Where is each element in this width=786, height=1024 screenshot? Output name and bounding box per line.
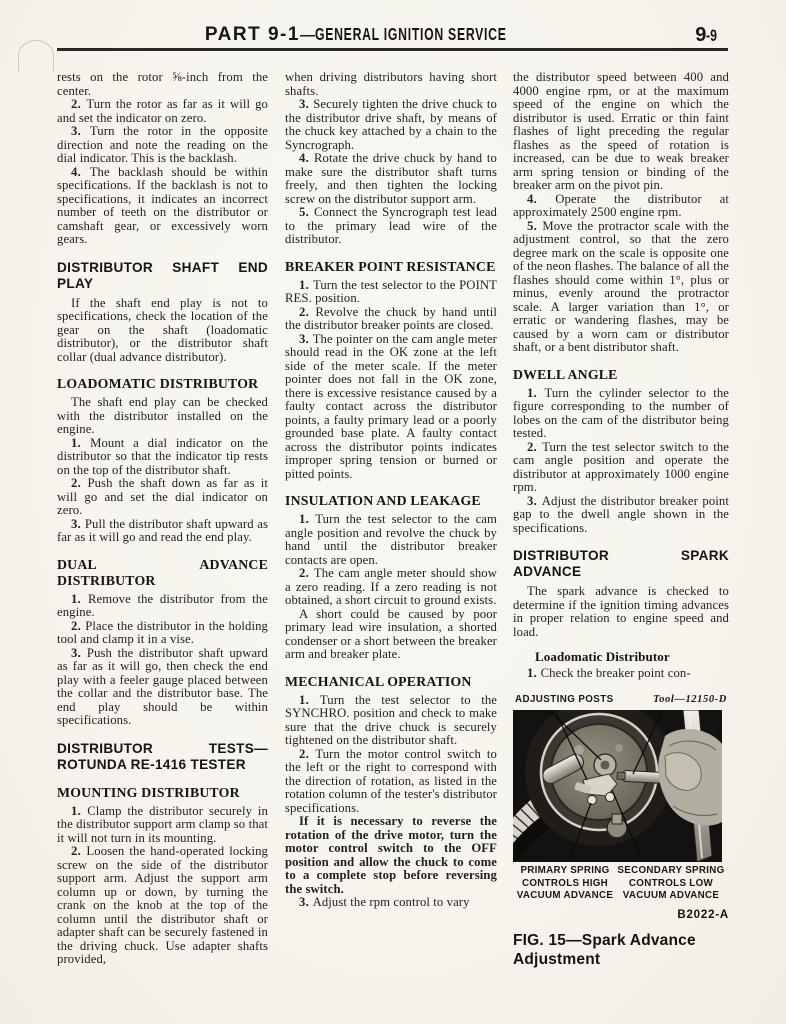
step-number: 3. [299,97,313,111]
numbered-step: 2. Turn the motor control switch to the … [285,748,497,816]
numbered-step: 1. Turn the test selector to the SYNCHRO… [285,694,497,748]
manual-page: { "header": { "part_label": "PART 9-1", … [0,0,786,1024]
tool-number-label: Tool—12150-D [653,694,727,705]
step-number: 2. [299,747,315,761]
numbered-step: 1. Remove the distributor from the engin… [57,593,268,620]
step-number: 1. [71,804,87,818]
numbered-step: 3. Pull the distributor shaft upward as … [57,518,268,545]
distributor-photo-illustration [513,710,722,862]
figure-top-labels: ADJUSTING POSTS Tool—12150-D [513,694,729,708]
numbered-step: 3. The pointer on the cam angle meter sh… [285,333,497,482]
figure-caption: FIG. 15—Spark Advance Adjustment [513,931,729,969]
step-number: 1. [527,386,544,400]
numbered-step: 3. Securely tighten the drive chuck to t… [285,98,497,152]
sub-heading: MECHANICAL OPERATION [285,674,497,690]
step-number: 1. [299,512,315,526]
paragraph: The spark advance is checked to determin… [513,585,729,639]
paragraph: rests on the rotor ⅝-inch from the cente… [57,71,268,98]
paragraph: The shaft end play can be checked with t… [57,396,268,437]
numbered-step: 1. Clamp the distributor securely in the… [57,805,268,846]
header-dash: — [300,27,315,44]
step-number: 2. [71,476,87,490]
step-number: 4. [71,165,90,179]
step-number: 2. [299,305,315,319]
numbered-step: 1. Turn the test selector to the POINT R… [285,279,497,306]
numbered-step: 5. Connect the Syncrograph test lead to … [285,206,497,247]
step-number: 2. [299,566,314,580]
numbered-step: 4. Rotate the drive chuck by hand to mak… [285,152,497,206]
step-number: 3. [71,124,90,138]
numbered-step: 4. The backlash should be within specifi… [57,166,268,247]
step-number: 4. [299,151,314,165]
numbered-step: 2. Turn the test selector switch to the … [513,441,729,495]
step-number: 2. [71,619,85,633]
step-number: 1. [71,592,88,606]
numbered-step: 2. Loosen the hand-operated locking scre… [57,845,268,967]
paragraph: If it is necessary to reverse the rotati… [285,815,497,896]
step-number: 3. [71,646,87,660]
numbered-step: 3. Adjust the rpm control to vary [285,896,497,910]
numbered-step: 2. Turn the rotor as far as it will go a… [57,98,268,125]
photo-code: B2022-A [513,909,729,921]
numbered-step: 3. Adjust the distributor breaker point … [513,495,729,536]
sub-heading: MOUNTING DISTRIBUTOR [57,785,268,801]
part-label: PART 9-1 [205,24,300,45]
spark-advance-photo [513,710,722,862]
paragraph: the distributor speed between 400 and 40… [513,71,729,193]
paragraph: when driving distributors having short s… [285,71,497,98]
numbered-step: 3. Turn the rotor in the opposite direct… [57,125,268,166]
text-column: rests on the rotor ⅝-inch from the cente… [57,71,268,967]
step-number: 3. [71,517,85,531]
scan-arc-mark [18,40,54,71]
adjusting-posts-label: ADJUSTING POSTS [515,694,614,705]
figure-bottom-labels: PRIMARY SPRING CONTROLS HIGH VACUUM ADVA… [513,865,729,905]
header-rule [57,48,728,51]
text-column: when driving distributors having short s… [285,71,497,910]
numbered-step: 3. Push the distributor shaft upward as … [57,647,268,728]
sub-heading: Loadomatic Distributor [513,649,729,664]
figure-15: ADJUSTING POSTS Tool—12150-D [513,694,729,969]
secondary-spring-label: SECONDARY SPRING CONTROLS LOW VACUUM ADV… [617,865,725,903]
section-heading: DISTRIBUTOR SPARK ADVANCE [513,548,729,580]
sub-heading: DUAL ADVANCE DISTRIBUTOR [57,557,268,589]
step-number: 1. [527,666,541,680]
step-number: 3. [299,332,313,346]
numbered-step: 2. Push the shaft down as far as it will… [57,477,268,518]
paragraph: A short could be caused by poor primary … [285,608,497,662]
numbered-step: 2. The cam angle meter should show a zer… [285,567,497,608]
step-number: 2. [527,440,542,454]
numbered-step: 2. Place the distributor in the holding … [57,620,268,647]
section-heading: DISTRIBUTOR TESTS—ROTUNDA RE-1416 TESTER [57,741,268,773]
numbered-step: 4. Operate the distributor at approximat… [513,193,729,220]
step-number: 4. [527,192,555,206]
numbered-step: 1. Mount a dial indicator on the distrib… [57,437,268,478]
step-number: 3. [527,494,542,508]
sub-heading: DWELL ANGLE [513,367,729,383]
page-header: PART 9-1—GENERAL IGNITION SERVICE 9-9 [57,24,729,46]
step-number: 1. [299,693,320,707]
numbered-step: 5. Move the protractor scale with the ad… [513,220,729,355]
step-number: 5. [299,205,314,219]
header-title-group: PART 9-1—GENERAL IGNITION SERVICE [57,24,729,46]
text-column: the distributor speed between 400 and 40… [513,71,729,681]
step-number: 2. [71,97,86,111]
primary-spring-label: PRIMARY SPRING CONTROLS HIGH VACUUM ADVA… [513,865,617,903]
step-number: 5. [527,219,542,233]
sub-heading: BREAKER POINT RESISTANCE [285,259,497,275]
numbered-step: 1. Turn the test selector to the cam ang… [285,513,497,567]
section-heading: DISTRIBUTOR SHAFT END PLAY [57,260,268,292]
sub-heading: INSULATION AND LEAKAGE [285,493,497,509]
numbered-step: 1. Turn the cylinder selector to the fig… [513,387,729,441]
numbered-step: 1. Check the breaker point con- [513,667,729,681]
step-number: 3. [299,895,313,909]
section-title: GENERAL IGNITION SERVICE [315,25,507,45]
step-number: 1. [71,436,90,450]
numbered-step: 2. Revolve the chuck by hand until the d… [285,306,497,333]
step-number: 1. [299,278,313,292]
page-number: 9-9 [695,24,721,47]
sub-heading: LOADOMATIC DISTRIBUTOR [57,376,268,392]
paragraph: If the shaft end play is not to specific… [57,297,268,365]
step-number: 2. [71,844,86,858]
